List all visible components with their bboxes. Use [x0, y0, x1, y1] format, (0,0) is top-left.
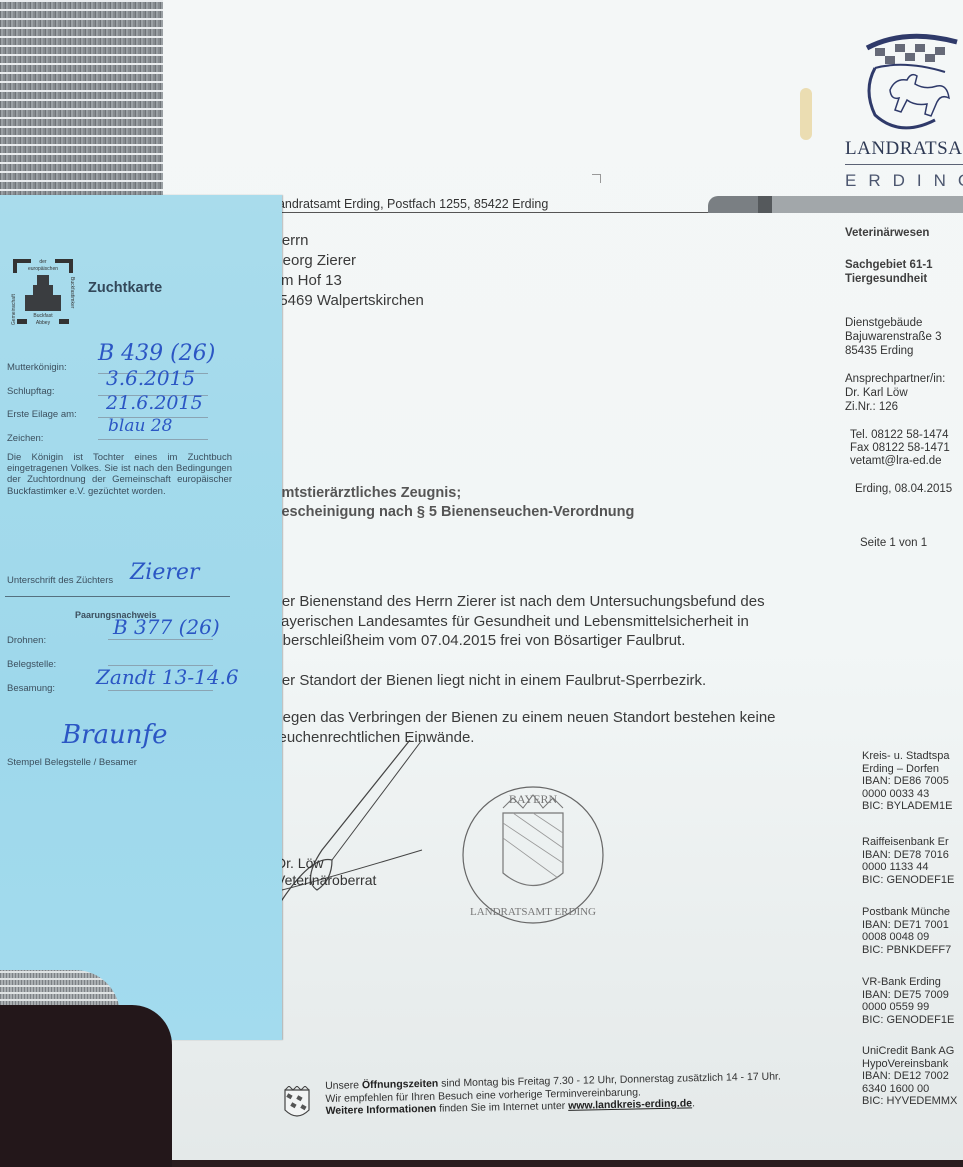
office-line1: Dienstgebäude: [845, 316, 922, 330]
recipient-street: Am Hof 13: [271, 271, 424, 291]
stamp-signature: Braunfe: [62, 720, 168, 750]
body-paragraph-2: Der Standort der Bienen liegt nicht in e…: [271, 671, 706, 691]
subject-line2: Bescheinigung nach § 5 Bienenseuchen-Ver…: [271, 503, 634, 522]
insemination-label: Besamung:: [7, 683, 55, 694]
background-cloth: [0, 1005, 172, 1167]
svg-text:Gemeinschaft: Gemeinschaft: [11, 294, 17, 325]
handwritten-signature: [262, 740, 462, 940]
body-p1-line3: Oberschleißheim vom 07.04.2015 frei von …: [271, 631, 765, 651]
room-number: Zi.Nr.: 126: [845, 400, 898, 414]
breeder-signature: Zierer: [130, 560, 199, 585]
bank-1: Kreis- u. StadtspaErding – DorfenIBAN: D…: [862, 750, 952, 813]
breeder-signature-label: Unterschrift des Züchters: [7, 575, 113, 586]
return-address-rule: [268, 212, 713, 213]
insemination-value: Zandt 13-14.6: [96, 665, 239, 689]
recipient-name: Georg Zierer: [271, 251, 424, 271]
horse-crest-icon: [845, 20, 963, 130]
recipient-address: Herrn Georg Zierer Am Hof 13 85469 Walpe…: [271, 231, 424, 311]
svg-text:Buckfastimker: Buckfastimker: [69, 277, 75, 309]
breeding-card: der europäischen Buckfast Abbey Gemeinsc…: [0, 195, 282, 1040]
area-line2: Tiergesundheit: [845, 272, 927, 286]
bank-3: Postbank MüncheIBAN: DE71 70010008 0048 …: [862, 906, 951, 956]
hatch-day-label: Schlupftag:: [7, 386, 55, 397]
body-p3-line1: Gegen das Verbringen der Bienen zu einem…: [271, 708, 776, 728]
bavarian-crest-icon: [283, 1086, 311, 1122]
bank-2: Raiffeisenbank ErIBAN: DE78 70160000 113…: [862, 836, 954, 886]
website-link[interactable]: www.landkreis-erding.de: [568, 1097, 692, 1112]
body-p1-line1: Der Bienenstand des Herrn Zierer ist nac…: [271, 592, 765, 612]
recipient-salutation: Herrn: [271, 231, 424, 251]
logo-divider: [845, 164, 963, 165]
email[interactable]: vetamt@lra-ed.de: [850, 454, 942, 468]
mark-label: Zeichen:: [7, 433, 43, 444]
body-p1-line2: Bayerischen Landesamtes für Gesundheit u…: [271, 612, 765, 632]
drones-label: Drohnen:: [7, 635, 46, 646]
mark-value: blau 28: [108, 416, 172, 436]
logo-title: LANDRATSAMT: [845, 138, 963, 160]
stamp-label: Stempel Belegstelle / Besamer: [7, 757, 137, 768]
letterhead-logo: LANDRATSAMT ERDING: [845, 20, 963, 191]
first-egg-value: 21.6.2015: [106, 392, 203, 414]
seal-top-text: BAYERN: [509, 792, 558, 806]
drones-value: B 377 (26): [113, 615, 220, 639]
telephone: Tel. 08122 58-1474: [850, 428, 948, 442]
first-egg-label: Erste Eilage am:: [7, 409, 77, 420]
contact-label: Ansprechpartner/in:: [845, 372, 945, 386]
department: Veterinärwesen: [845, 226, 929, 240]
buckfast-abbey-logo-icon: der europäischen Buckfast Abbey Gemeinsc…: [9, 255, 77, 333]
signatory: Dr. Löw Veterinäroberrat: [276, 855, 376, 889]
bank-4: VR-Bank ErdingIBAN: DE75 70090000 0559 9…: [862, 976, 954, 1026]
official-letter: [163, 0, 963, 1160]
fax: Fax 08122 58-1471: [850, 441, 950, 455]
svg-text:der: der: [39, 259, 47, 265]
return-address: Landratsamt Erding, Postfach 1255, 85422…: [271, 197, 548, 211]
logo-subtitle: ERDING: [845, 171, 963, 191]
card-statement: Die Königin ist Tochter eines im Zuchtbu…: [7, 452, 232, 497]
seal-bottom-text: LANDRATSAMT ERDING: [470, 906, 596, 918]
signatory-title: Veterinäroberrat: [276, 872, 376, 889]
page-number: Seite 1 von 1: [860, 536, 927, 550]
contact-name: Dr. Karl Löw: [845, 386, 908, 400]
bank-5: UniCredit Bank AGHypoVereinsbankIBAN: DE…: [862, 1045, 957, 1108]
svg-text:Buckfast: Buckfast: [33, 313, 53, 319]
background-fabric: [0, 0, 163, 200]
subject-line1: Amtstierärztliches Zeugnis;: [271, 484, 634, 503]
official-seal-icon: BAYERN LANDRATSAMT ERDING: [458, 783, 608, 928]
signatory-name: Dr. Löw: [276, 855, 376, 872]
svg-text:Abbey: Abbey: [36, 320, 51, 326]
paper-stain: [800, 88, 812, 140]
mother-queen-value: B 439 (26): [98, 341, 215, 366]
office-line3: 85435 Erding: [845, 344, 913, 358]
svg-text:europäischen: europäischen: [28, 266, 58, 272]
hatch-day-value: 3.6.2015: [106, 366, 195, 390]
body-paragraph-1: Der Bienenstand des Herrn Zierer ist nac…: [271, 592, 765, 651]
subject: Amtstierärztliches Zeugnis; Bescheinigun…: [271, 484, 634, 522]
mother-queen-label: Mutterkönigin:: [7, 362, 67, 373]
recipient-city: 85469 Walpertskirchen: [271, 291, 424, 311]
card-title: Zuchtkarte: [88, 280, 162, 296]
fold-mark: [592, 174, 601, 183]
letterhead-bar: [708, 196, 963, 213]
office-line2: Bajuwarenstraße 3: [845, 330, 942, 344]
area-line1: Sachgebiet 61-1: [845, 258, 933, 272]
mating-station-label: Belegstelle:: [7, 659, 56, 670]
letter-date: Erding, 08.04.2015: [855, 482, 952, 496]
